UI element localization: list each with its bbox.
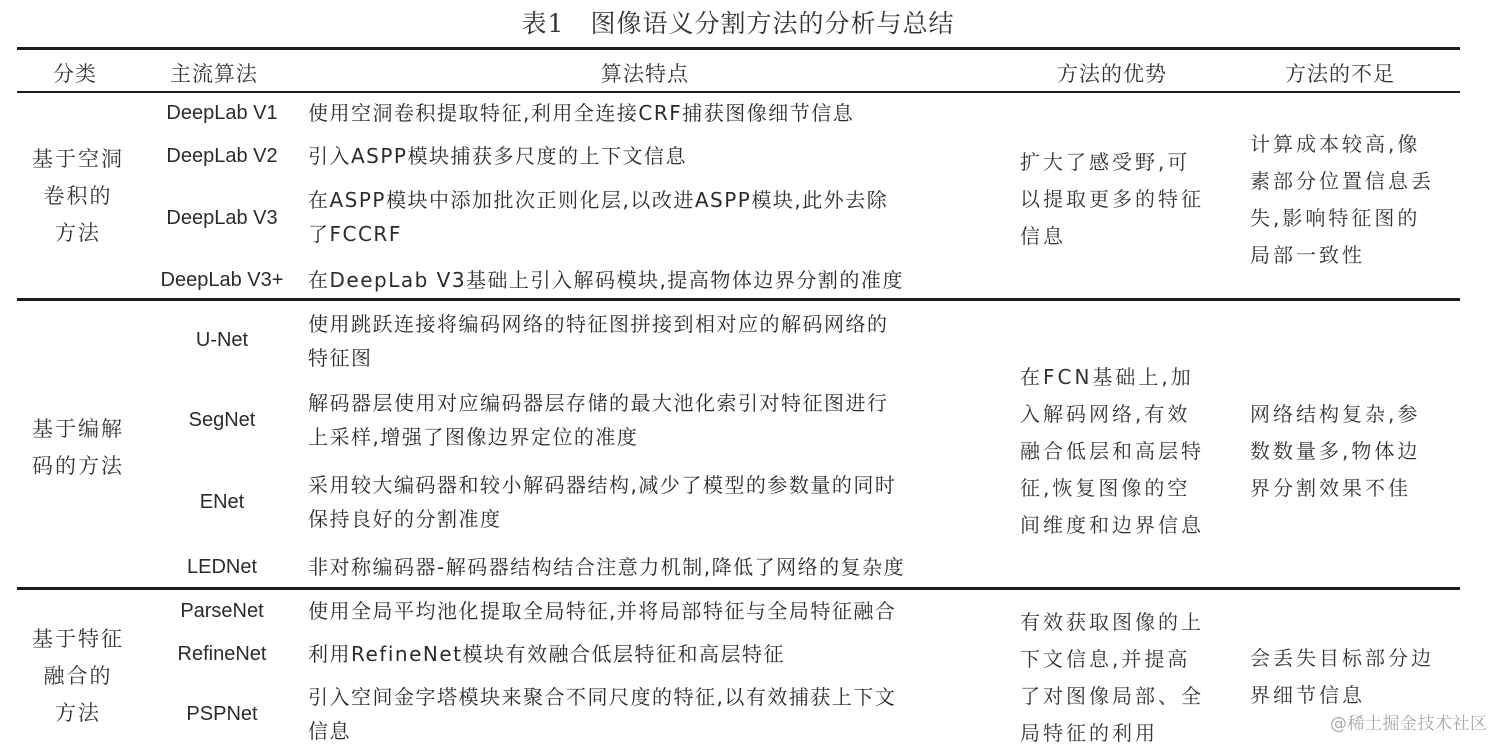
feature-text: 使用跳跃连接将编码网络的特征图拼接到相对应的解码网络的 特征图 bbox=[308, 307, 889, 375]
category-line: 方法 bbox=[13, 215, 143, 252]
algorithm-name: LEDNet bbox=[137, 550, 307, 584]
algorithm-name: ParseNet bbox=[137, 594, 307, 628]
feature-line: 使用空洞卷积提取特征,利用全连接CRF捕获图像细节信息 bbox=[308, 96, 854, 130]
watermark: @稀土掘金技术社区 bbox=[1330, 709, 1488, 734]
feature-line: 引入ASPP模块捕获多尺度的上下文信息 bbox=[308, 139, 687, 173]
algorithm-name: DeepLab V3+ bbox=[137, 263, 307, 297]
feature-text: 引入ASPP模块捕获多尺度的上下文信息 bbox=[308, 139, 687, 173]
category-line: 基于特征 bbox=[13, 621, 143, 658]
header-rule bbox=[17, 91, 1460, 93]
category-feature-fusion: 基于特征 融合的 方法 bbox=[13, 621, 143, 732]
algorithm-name: ENet bbox=[137, 485, 307, 519]
section-divider-1 bbox=[17, 298, 1460, 301]
advantage-line: 信息 bbox=[1020, 218, 1204, 255]
advantage-line: 下文信息,并提高 bbox=[1020, 641, 1204, 678]
algorithm-name: U-Net bbox=[137, 323, 307, 357]
category-line: 码的方法 bbox=[13, 448, 143, 485]
disadvantage-line: 素部分位置信息丢 bbox=[1250, 163, 1434, 200]
category-line: 融合的 bbox=[13, 658, 143, 695]
advantages-text: 有效获取图像的上 下文信息,并提高 了对图像局部、全 局特征的利用 bbox=[1020, 604, 1204, 751]
disadvantages-text: 计算成本较高,像 素部分位置信息丢 失,影响特征图的 局部一致性 bbox=[1250, 126, 1434, 274]
disadvantage-line: 计算成本较高,像 bbox=[1250, 126, 1434, 163]
algorithm-name: RefineNet bbox=[137, 637, 307, 671]
algorithm-name: SegNet bbox=[137, 403, 307, 437]
algorithm-name: PSPNet bbox=[137, 697, 307, 731]
feature-line: 采用较大编码器和较小解码器结构,减少了模型的参数量的同时 bbox=[308, 468, 896, 502]
top-rule bbox=[17, 47, 1460, 50]
advantage-line: 了对图像局部、全 bbox=[1020, 678, 1204, 715]
header-disadvantages: 方法的不足 bbox=[1285, 58, 1395, 88]
table-caption: 表1图像语义分割方法的分析与总结 bbox=[0, 4, 1476, 40]
advantage-line: 征,恢复图像的空 bbox=[1020, 470, 1204, 507]
table-title: 图像语义分割方法的分析与总结 bbox=[590, 9, 954, 38]
category-line: 卷积的 bbox=[13, 178, 143, 215]
feature-line: 了FCCRF bbox=[308, 217, 888, 251]
feature-line: 使用跳跃连接将编码网络的特征图拼接到相对应的解码网络的 bbox=[308, 307, 889, 341]
advantage-line: 扩大了感受野,可 bbox=[1020, 144, 1204, 181]
disadvantage-line: 界分割效果不佳 bbox=[1250, 470, 1420, 507]
algorithm-name: DeepLab V1 bbox=[137, 96, 307, 130]
category-line: 基于空洞 bbox=[13, 141, 143, 178]
disadvantage-line: 网络结构复杂,参 bbox=[1250, 396, 1420, 433]
header-features: 算法特点 bbox=[601, 58, 689, 88]
feature-text: 非对称编码器-解码器结构结合注意力机制,降低了网络的复杂度 bbox=[308, 550, 905, 584]
advantages-text: 扩大了感受野,可 以提取更多的特征 信息 bbox=[1020, 144, 1204, 255]
disadvantages-text: 网络结构复杂,参 数数量多,物体边 界分割效果不佳 bbox=[1250, 396, 1420, 507]
feature-text: 采用较大编码器和较小解码器结构,减少了模型的参数量的同时 保持良好的分割准度 bbox=[308, 468, 896, 536]
feature-text: 解码器层使用对应编码器层存储的最大池化索引对特征图进行 上采样,增强了图像边界定… bbox=[308, 386, 889, 454]
feature-line: 利用RefineNet模块有效融合低层特征和高层特征 bbox=[308, 637, 785, 671]
category-encoder-decoder: 基于编解 码的方法 bbox=[13, 411, 143, 485]
feature-text: 引入空间金字塔模块来聚合不同尺度的特征,以有效捕获上下文 信息 bbox=[308, 680, 896, 748]
disadvantage-line: 局部一致性 bbox=[1250, 237, 1434, 274]
section-divider-2 bbox=[17, 587, 1460, 590]
advantage-line: 在FCN基础上,加 bbox=[1020, 359, 1204, 396]
header-advantages: 方法的优势 bbox=[1057, 58, 1167, 88]
feature-line: 在ASPP模块中添加批次正则化层,以改进ASPP模块,此外去除 bbox=[308, 183, 888, 217]
advantage-line: 融合低层和高层特 bbox=[1020, 433, 1204, 470]
feature-line: 解码器层使用对应编码器层存储的最大池化索引对特征图进行 bbox=[308, 386, 889, 420]
feature-line: 使用全局平均池化提取全局特征,并将局部特征与全局特征融合 bbox=[308, 594, 896, 628]
category-line: 基于编解 bbox=[13, 411, 143, 448]
feature-line: 特征图 bbox=[308, 341, 889, 375]
table-number: 表1 bbox=[522, 9, 565, 38]
feature-line: 在DeepLab V3基础上引入解码模块,提高物体边界分割的准度 bbox=[308, 263, 904, 297]
category-line: 方法 bbox=[13, 695, 143, 732]
feature-line: 非对称编码器-解码器结构结合注意力机制,降低了网络的复杂度 bbox=[308, 550, 905, 584]
advantages-text: 在FCN基础上,加 入解码网络,有效 融合低层和高层特 征,恢复图像的空 间维度… bbox=[1020, 359, 1204, 544]
feature-text: 在DeepLab V3基础上引入解码模块,提高物体边界分割的准度 bbox=[308, 263, 904, 297]
feature-line: 信息 bbox=[308, 714, 896, 748]
advantage-line: 间维度和边界信息 bbox=[1020, 507, 1204, 544]
feature-text: 使用空洞卷积提取特征,利用全连接CRF捕获图像细节信息 bbox=[308, 96, 854, 130]
feature-line: 保持良好的分割准度 bbox=[308, 502, 896, 536]
header-category: 分类 bbox=[53, 58, 97, 88]
category-atrous-conv: 基于空洞 卷积的 方法 bbox=[13, 141, 143, 252]
disadvantage-line: 会丢失目标部分边 bbox=[1250, 640, 1434, 677]
algorithm-name: DeepLab V3 bbox=[137, 201, 307, 235]
advantage-line: 有效获取图像的上 bbox=[1020, 604, 1204, 641]
feature-line: 上采样,增强了图像边界定位的准度 bbox=[308, 420, 889, 454]
disadvantage-line: 数数量多,物体边 bbox=[1250, 433, 1420, 470]
algorithm-name: DeepLab V2 bbox=[137, 139, 307, 173]
feature-text: 在ASPP模块中添加批次正则化层,以改进ASPP模块,此外去除 了FCCRF bbox=[308, 183, 888, 251]
header-algorithm: 主流算法 bbox=[170, 58, 258, 88]
advantage-line: 局特征的利用 bbox=[1020, 715, 1204, 751]
feature-text: 使用全局平均池化提取全局特征,并将局部特征与全局特征融合 bbox=[308, 594, 896, 628]
disadvantages-text: 会丢失目标部分边 界细节信息 bbox=[1250, 640, 1434, 714]
feature-line: 引入空间金字塔模块来聚合不同尺度的特征,以有效捕获上下文 bbox=[308, 680, 896, 714]
feature-text: 利用RefineNet模块有效融合低层特征和高层特征 bbox=[308, 637, 785, 671]
advantage-line: 以提取更多的特征 bbox=[1020, 181, 1204, 218]
advantage-line: 入解码网络,有效 bbox=[1020, 396, 1204, 433]
disadvantage-line: 失,影响特征图的 bbox=[1250, 200, 1434, 237]
